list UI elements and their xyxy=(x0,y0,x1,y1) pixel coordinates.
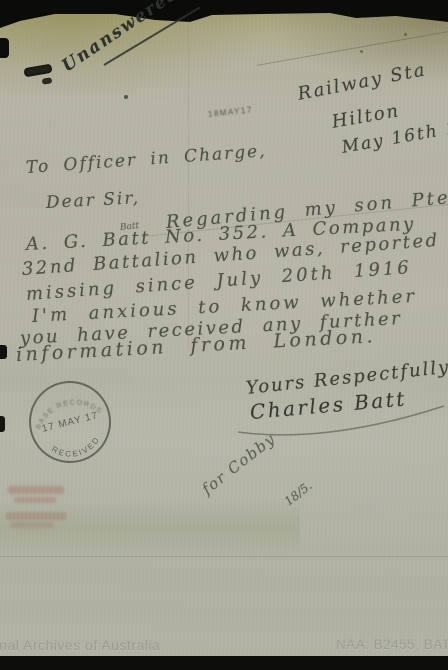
watermark-reference: NAA: B2455, BATT A xyxy=(336,637,448,652)
watermark-archives: National Archives of Australia xyxy=(0,637,160,653)
edge-mark-1 xyxy=(0,345,7,359)
edge-notch xyxy=(0,38,9,58)
bleed-through-text-2 xyxy=(14,497,56,503)
bottom-border xyxy=(0,656,448,670)
stamp-date: 17 MAY 17 xyxy=(41,410,100,435)
ink-speck-3 xyxy=(404,33,407,36)
ink-speck-1 xyxy=(124,95,128,99)
bleed-through-text-3 xyxy=(6,512,66,520)
archive-scan: Unanswered 18MAY17 Railway Sta Hilton Ma… xyxy=(0,0,448,670)
edge-mark-2 xyxy=(0,416,5,432)
bleed-through-text-4 xyxy=(10,522,54,528)
ink-speck-2 xyxy=(360,50,363,53)
bleed-through-text-1 xyxy=(8,486,64,494)
